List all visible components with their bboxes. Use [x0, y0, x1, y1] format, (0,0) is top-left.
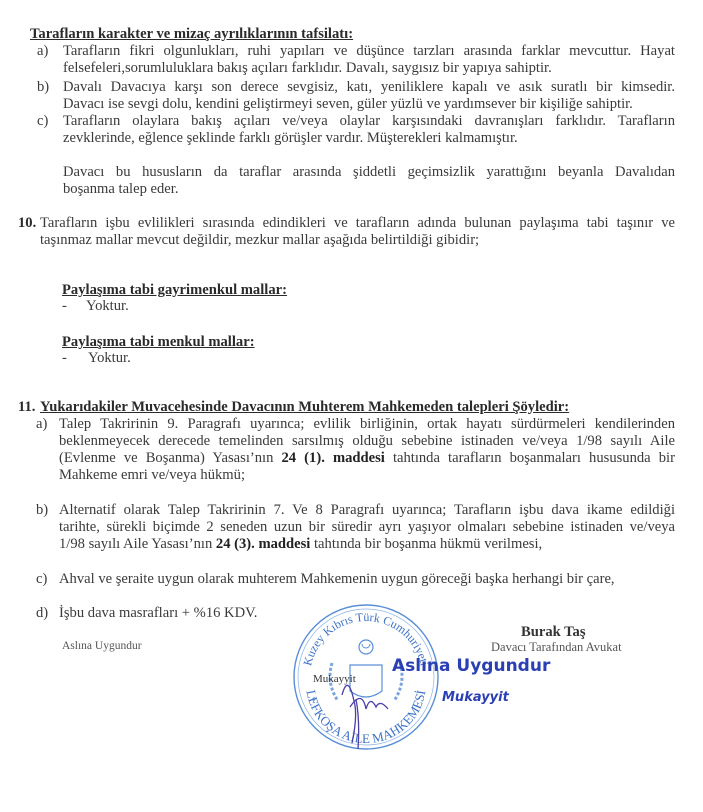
- character-item-c-line2: zevklerinde, eğlence şeklinde farklı gör…: [63, 130, 518, 147]
- request-b-line2: tarihte, sürekli biçimde 2 seneden uzun …: [59, 519, 675, 536]
- section-heading-character: Tarafların karakter ve mizaç ayrılıkları…: [30, 26, 353, 43]
- law-article-24-1: 24 (1). maddesi: [281, 450, 384, 466]
- item-label-c: c): [37, 113, 48, 130]
- character-item-b-line2: Davacı ise sevgi dolu, kendini geliştirm…: [63, 96, 633, 113]
- request-label-c: c): [36, 571, 47, 588]
- signatory-name: Burak Taş: [521, 624, 586, 641]
- request-b-line3-pre: 1/98 sayılı Aile Yasası’nın: [59, 536, 216, 552]
- stamp-registrar-overlay: Mukayyit: [442, 690, 509, 705]
- request-b-line3: 1/98 sayılı Aile Yasası’nın 24 (3). madd…: [59, 536, 542, 553]
- item-label-a: a): [37, 43, 48, 60]
- request-a-line2: beklenmeyecek derecede temelinden sarsıl…: [59, 433, 675, 450]
- request-label-b: b): [36, 502, 48, 519]
- immovable-property-value: Yoktur.: [86, 298, 129, 315]
- character-item-b-line1: Davalı Davacıya karşı son derece sevgisi…: [63, 79, 675, 96]
- request-a-line1: Talep Takririnin 9. Paragrafı uyarınca; …: [59, 416, 675, 433]
- character-conclusion-line2: boşanma talep eder.: [63, 181, 179, 198]
- certified-copy-note: Aslına Uygundur: [62, 640, 142, 652]
- section-10-line1: Tarafların işbu evlilikleri sırasında ed…: [40, 215, 675, 232]
- movable-property-heading: Paylaşıma tabi menkul mallar:: [62, 334, 255, 351]
- stamp-inner-handwritten: Mukayyit: [313, 673, 356, 685]
- request-a-line3-post: tahtında tarafların boşanmaları hususund…: [385, 450, 675, 466]
- request-a-line3: (Evlenme ve Boşanma) Yasası’nın 24 (1). …: [59, 450, 675, 467]
- request-c-line1: Ahval ve şeraite uygun olarak muhterem M…: [59, 571, 615, 588]
- immovable-property-heading: Paylaşıma tabi gayrimenkul mallar:: [62, 282, 287, 299]
- document-page: Tarafların karakter ve mizaç ayrılıkları…: [0, 0, 703, 812]
- signatory-title: Davacı Tarafından Avukat: [491, 640, 622, 655]
- character-conclusion-line1: Davacı bu hususların da taraflar arasınd…: [63, 164, 675, 181]
- stamp-certified-overlay: Aslına Uygundur: [392, 656, 550, 676]
- section-10-number: 10.: [18, 215, 36, 232]
- section-10-line2: taşınmaz mallar mevcut değildir, mezkur …: [40, 232, 479, 249]
- request-label-d: d): [36, 605, 48, 622]
- request-a-line4: Mahkeme emri ve/veya hükmü;: [59, 467, 245, 484]
- section-11-number: 11.: [18, 399, 35, 416]
- section-11-heading: Yukarıdakiler Muvacehesinde Davacının Mu…: [40, 399, 569, 416]
- request-d-line1: İşbu dava masrafları + %16 KDV.: [59, 605, 257, 622]
- request-label-a: a): [36, 416, 47, 433]
- law-article-24-3: 24 (3). maddesi: [216, 536, 310, 552]
- character-item-a-line2: felsefeleri,sorumluluklara bakış açıları…: [63, 60, 552, 77]
- request-b-line3-post: tahtında bir boşanma hükmü verilmesi,: [310, 536, 542, 552]
- movable-property-value: Yoktur.: [88, 350, 131, 367]
- character-item-a-line1: Tarafların fikri olgunlukları, ruhi yapı…: [63, 43, 675, 60]
- request-a-line3-pre: (Evlenme ve Boşanma) Yasası’nın: [59, 450, 281, 466]
- movable-property-bullet: -: [62, 350, 67, 367]
- immovable-property-bullet: -: [62, 298, 67, 315]
- character-item-c-line1: Tarafların olaylara bakış açıları ve/vey…: [63, 113, 675, 130]
- item-label-b: b): [37, 79, 49, 96]
- request-b-line1: Alternatif olarak Talep Takririnin 7. Ve…: [59, 502, 675, 519]
